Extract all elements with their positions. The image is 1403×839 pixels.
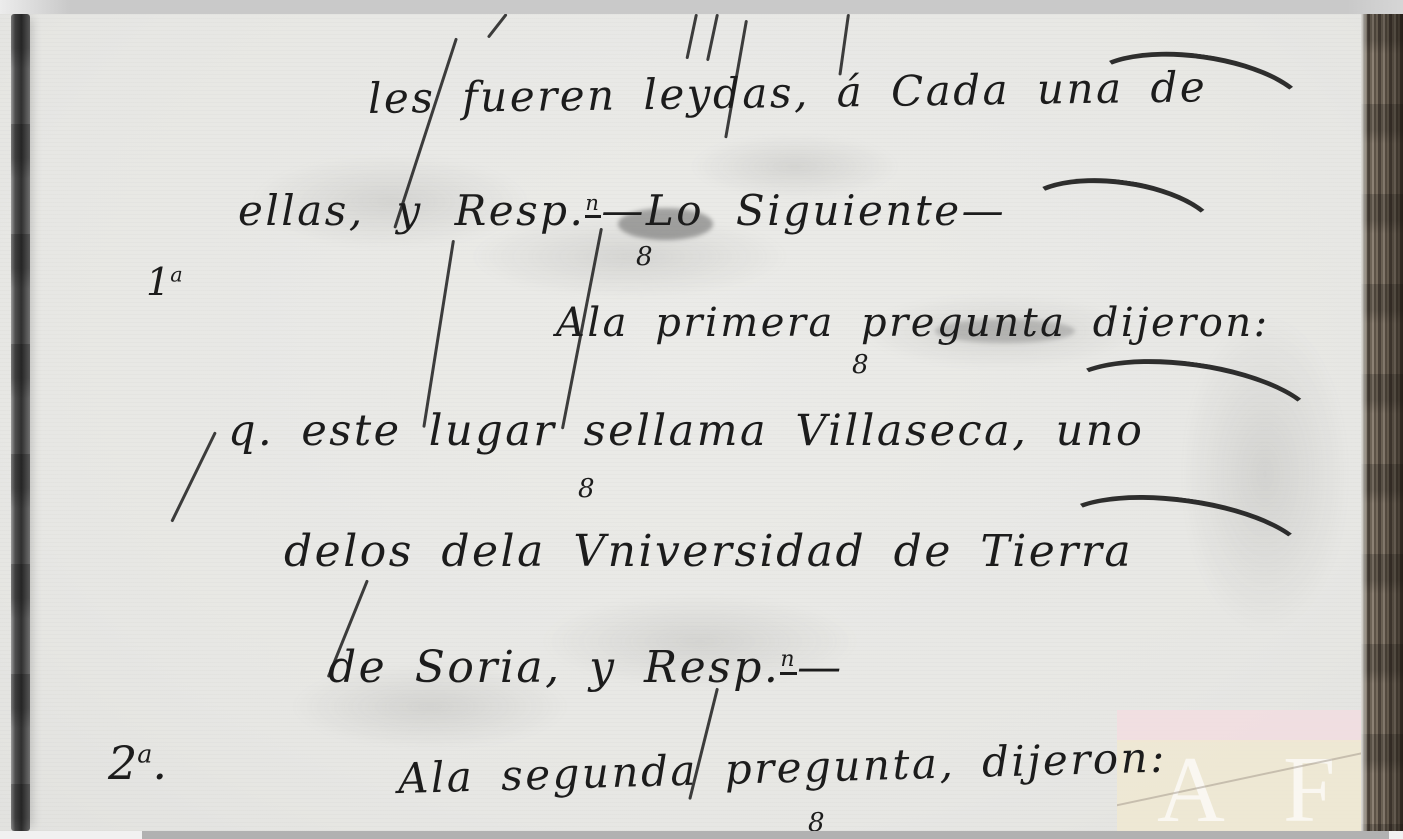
ink-flourish [422, 240, 455, 428]
superscript-abbreviation: n [585, 191, 601, 218]
abbreviation-mark: 8 [852, 350, 869, 380]
marker-number: 2 [108, 736, 137, 790]
document-viewer: A F les fueren leydas, á Cada una de ell… [0, 0, 1403, 839]
manuscript-line-4: q. este lugar sellama Villaseca, uno [228, 406, 1144, 456]
superscript-abbreviation: n [780, 647, 797, 675]
book-fore-edge [1361, 14, 1403, 831]
manuscript-line-1: les fueren leydas, á Cada una de [368, 62, 1208, 123]
book-binding-shadow [11, 14, 30, 831]
line-text: —Lo Siguiente— [601, 186, 1006, 235]
ink-flourish [487, 13, 508, 38]
line-text: ellas, y Resp. [238, 186, 585, 235]
ink-flourish [706, 14, 719, 62]
ink-flourish [685, 14, 697, 60]
marker-number: 1 [146, 260, 170, 304]
abbreviation-mark: 8 [578, 474, 595, 504]
marker-number: . [152, 736, 167, 790]
scan-top-border [0, 0, 1403, 14]
manuscript-line-2: ellas, y Resp.n—Lo Siguiente— [238, 186, 1006, 235]
scrollbar-thumb[interactable] [142, 831, 1389, 839]
line-text: de Soria, y Resp. [328, 642, 780, 693]
abbreviation-mark: 8 [636, 242, 653, 272]
marker-superscript: a [170, 262, 182, 286]
horizontal-scrollbar[interactable] [0, 831, 1403, 839]
manuscript-line-3: Ala primera pregunta dijeron: [556, 300, 1270, 346]
manuscript-scan-page[interactable]: A F les fueren leydas, á Cada una de ell… [0, 14, 1403, 831]
margin-marker-1: 1a [146, 260, 183, 304]
line-text: — [797, 642, 844, 693]
ink-flourish [170, 431, 217, 522]
manuscript-line-6: de Soria, y Resp.n— [328, 642, 844, 693]
watermark-letter-f: F [1283, 736, 1335, 831]
ink-flourish-arc [1015, 166, 1225, 278]
margin-marker-2: 2a. [108, 736, 167, 790]
manuscript-line-5: delos dela Vniversidad de Tierra [284, 526, 1133, 577]
marker-superscript: a [137, 740, 152, 769]
manuscript-line-7: Ala segunda pregunta, dijeron: [397, 733, 1167, 803]
